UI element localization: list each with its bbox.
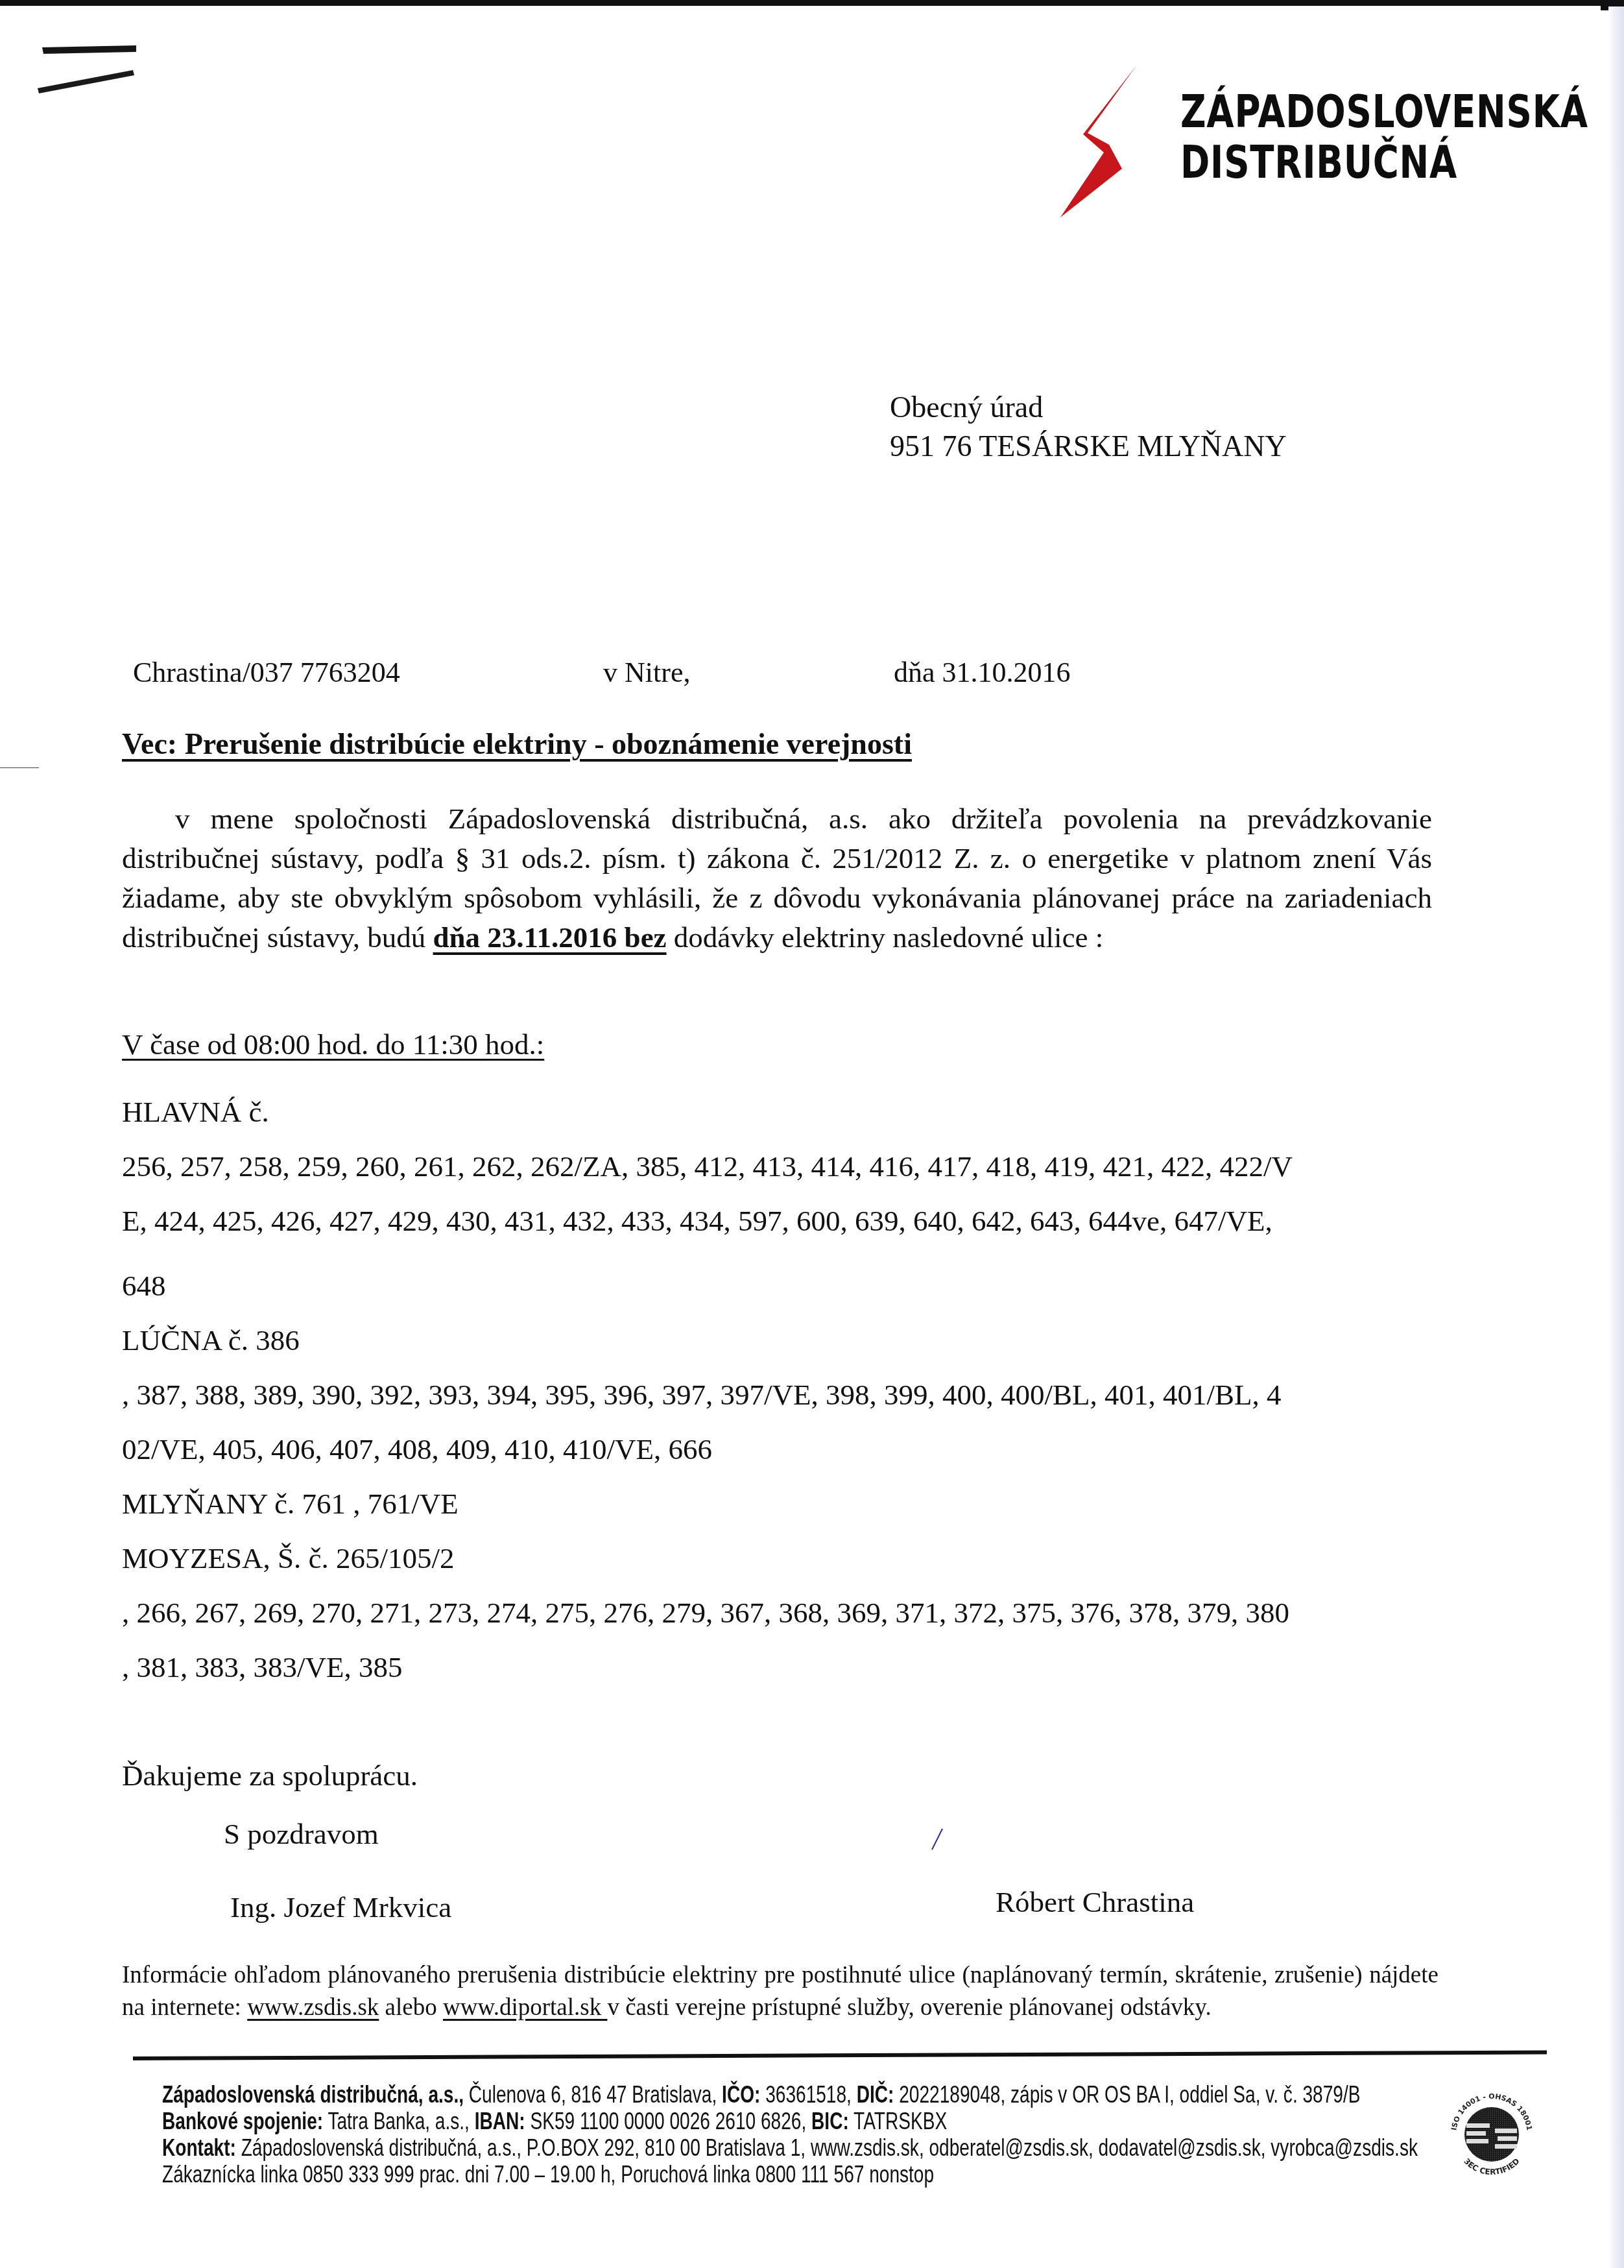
info-paragraph: Informácie ohľadom plánovaného prerušeni…: [122, 1959, 1439, 2024]
info-text-3: v časti verejne prístupné služby, overen…: [607, 1994, 1211, 2021]
street-line: 256, 257, 258, 259, 260, 261, 262, 262/Z…: [122, 1139, 1445, 1194]
link-diportal[interactable]: www.diportal.sk: [443, 1994, 608, 2021]
street-line: 648: [122, 1259, 1445, 1313]
lightning-bolt-icon: [1057, 62, 1167, 224]
footer-bank-label: Bankové spojenie:: [162, 2108, 323, 2134]
signature-mark-icon: [931, 1826, 944, 1852]
link-zsdis[interactable]: www.zsdis.sk: [247, 1994, 379, 2021]
company-footer: Západoslovenská distribučná, a.s., Čulen…: [162, 2081, 1418, 2188]
footer-bic: TATRSKBX: [849, 2108, 947, 2134]
footer-bank-line: Bankové spojenie: Tatra Banka, a.s., IBA…: [162, 2108, 1418, 2134]
street-line: , 266, 267, 269, 270, 271, 273, 274, 275…: [122, 1586, 1445, 1640]
body-text-after: dodávky elektriny nasledovné ulice :: [667, 921, 1104, 954]
closing-thanks: Ďakujeme za spoluprácu.: [122, 1758, 418, 1793]
footer-contact: Západoslovenská distribučná, a.s., P.O.B…: [236, 2134, 1418, 2161]
street-line: 02/VE, 405, 406, 407, 408, 409, 410, 410…: [122, 1422, 1445, 1477]
street-line: MOYZESA, Š. č. 265/105/2: [122, 1531, 1445, 1586]
fold-mark: [0, 767, 39, 768]
info-text-2: alebo: [379, 1994, 443, 2021]
footer-ico: 36361518,: [760, 2081, 856, 2108]
footer-company-line: Západoslovenská distribučná, a.s., Čulen…: [162, 2081, 1418, 2108]
footer-iban: SK59 1100 0000 0026 2610 6826,: [525, 2108, 811, 2134]
outage-date-highlight: dňa 23.11.2016 bez: [433, 921, 667, 954]
logo-line-1: ZÁPADOSLOVENSKÁ: [1180, 86, 1588, 137]
footer-dic-label: DIČ:: [857, 2081, 894, 2108]
street-line: MLYŇANY č. 761 , 761/VE: [122, 1477, 1445, 1531]
addressee-address: 951 76 TESÁRSKE MLYŇANY: [890, 427, 1287, 466]
closing-regards: S pozdravom: [224, 1816, 379, 1852]
reference-date: dňa 31.10.2016: [894, 655, 1071, 690]
footer-bic-label: BIC:: [811, 2108, 849, 2134]
bolt-shape: [1060, 65, 1137, 217]
footer-hotline: Zákaznícka linka 0850 333 999 prac. dni …: [162, 2161, 1418, 2188]
signer-left: Ing. Jozef Mrkvica: [230, 1890, 451, 1925]
footer-bank: Tatra Banka, a.s.,: [323, 2108, 475, 2134]
scan-edge-right: [1608, 6, 1624, 2268]
street-line: HLAVNÁ č.: [122, 1085, 1445, 1139]
street-line: LÚČNA č. 386: [122, 1313, 1445, 1368]
iso-certification-seal-icon: ISO 14001 - OHSAS 18001 3EC CERTIFIED: [1443, 2086, 1540, 2183]
addressee-block: Obecný úrad 951 76 TESÁRSKE MLYŇANY: [890, 388, 1287, 466]
reference-place: v Nitre,: [603, 655, 690, 690]
footer-contact-line: Kontakt: Západoslovenská distribučná, a.…: [162, 2134, 1418, 2161]
logo-line-2: DISTRIBUČNÁ: [1180, 137, 1588, 187]
signer-right: Róbert Chrastina: [996, 1885, 1194, 1920]
street-line: E, 424, 425, 426, 427, 429, 430, 431, 43…: [122, 1194, 1445, 1259]
body-paragraph: v mene spoločnosti Západoslovenská distr…: [122, 799, 1432, 958]
street-line: , 381, 383, 383/VE, 385: [122, 1640, 1445, 1695]
subject-line: Vec: Prerušenie distribúcie elektriny - …: [122, 727, 912, 762]
outage-time-header: V čase od 08:00 hod. do 11:30 hod.:: [122, 1027, 544, 1062]
scan-edge-top: [0, 0, 1608, 6]
footer-iban-label: IBAN:: [475, 2108, 525, 2134]
footer-company-address: Čulenova 6, 816 47 Bratislava,: [464, 2081, 722, 2108]
reference-contact: Chrastina/037 7763204: [133, 655, 400, 690]
logo-wordmark: ZÁPADOSLOVENSKÁ DISTRIBUČNÁ: [1180, 86, 1588, 187]
footer-ico-label: IČO:: [722, 2081, 760, 2108]
footer-company-label: Západoslovenská distribučná, a.s.,: [162, 2081, 464, 2108]
footer-dic: 2022189048, zápis v OR OS BA I, oddiel S…: [894, 2081, 1360, 2108]
letter-page: ZÁPADOSLOVENSKÁ DISTRIBUČNÁ Obecný úrad …: [0, 0, 1624, 2268]
affected-streets-list: HLAVNÁ č. 256, 257, 258, 259, 260, 261, …: [122, 1085, 1445, 1695]
staple-mark-icon: [36, 44, 139, 96]
company-logo: ZÁPADOSLOVENSKÁ DISTRIBUČNÁ: [1057, 62, 1550, 224]
addressee-office: Obecný úrad: [890, 388, 1287, 427]
footer-contact-label: Kontakt:: [162, 2134, 236, 2161]
street-line: , 387, 388, 389, 390, 392, 393, 394, 395…: [122, 1368, 1445, 1422]
footer-divider: [133, 2050, 1547, 2060]
